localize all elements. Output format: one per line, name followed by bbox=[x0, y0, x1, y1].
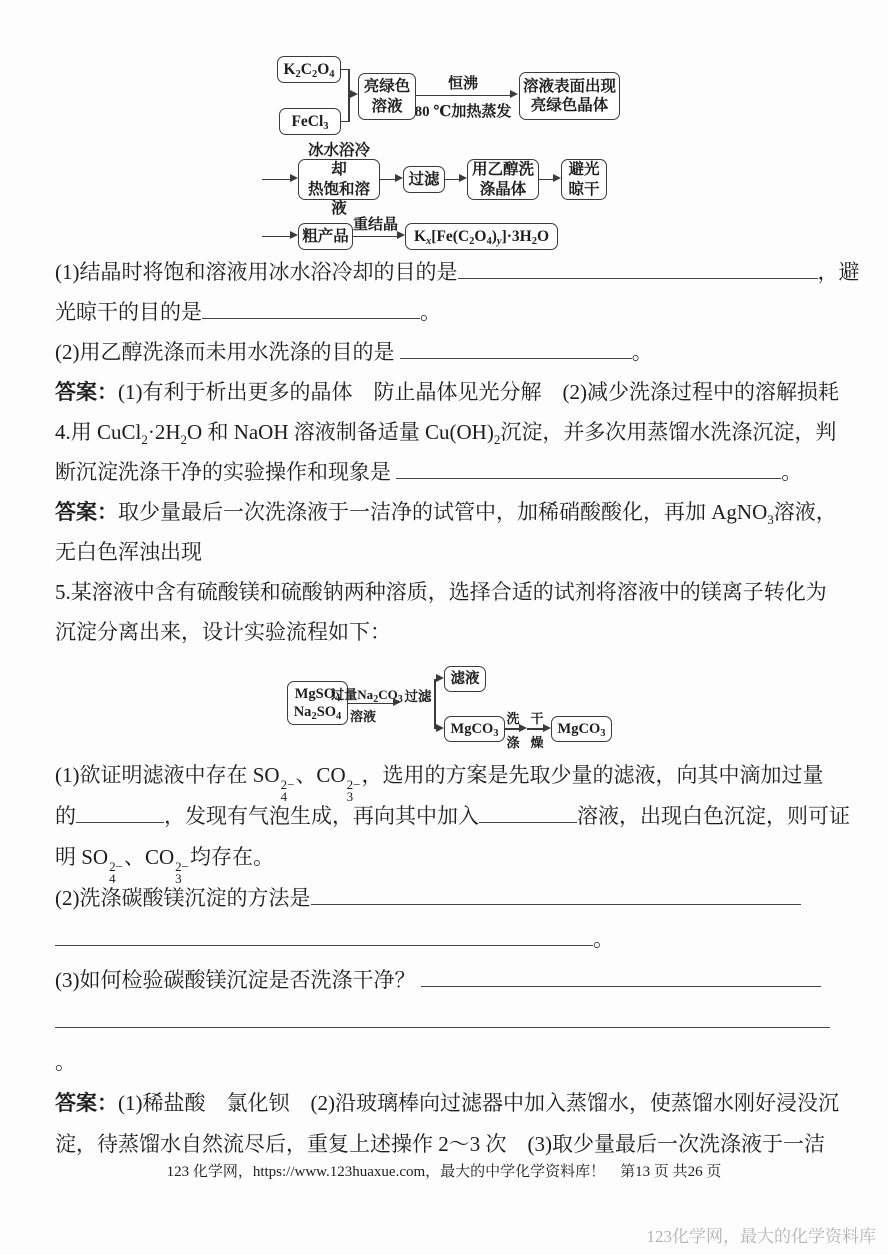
arrow-head bbox=[290, 231, 298, 239]
dark-dry-box: 避光 晾干 bbox=[561, 159, 607, 200]
question-2-line: (2)用乙醇洗涤而未用水洗涤的目的是 。 bbox=[55, 332, 855, 372]
mgco3-product-box: MgCO3 bbox=[551, 716, 612, 742]
answer-blank bbox=[400, 357, 632, 359]
connector-line bbox=[262, 236, 290, 238]
connector-line bbox=[341, 121, 348, 123]
filtrate-box: 滤液 bbox=[444, 666, 486, 692]
question-1-line: 光晾干的目的是。 bbox=[55, 292, 855, 332]
na2co3-reagent-label: 过量Na2CO3 bbox=[329, 684, 405, 703]
flowchart-separation: MgSO4Na2SO4 过量Na2CO3 溶液 过滤 滤液 MgCO3 洗 涤 … bbox=[285, 658, 620, 746]
answer-blank bbox=[55, 1026, 830, 1028]
wash-label-bottom: 涤 bbox=[503, 732, 523, 751]
ethanol-wash-label: 用乙醇洗 涤晶体 bbox=[472, 160, 534, 199]
question-5-2-line: 。 bbox=[55, 919, 855, 960]
question-5-line: 5.某溶液中含有硫酸镁和硫酸钠两种溶质，选择合适的试剂将溶液中的镁离子转化为 bbox=[55, 572, 855, 612]
connector-line bbox=[262, 179, 290, 181]
arrow-head bbox=[397, 231, 405, 239]
surface-crystal-label: 溶液表面出现 亮绿色晶体 bbox=[523, 77, 616, 116]
connector-line bbox=[445, 179, 459, 181]
arrow-head bbox=[459, 174, 467, 182]
arrow-head bbox=[543, 724, 551, 732]
connector-line bbox=[341, 69, 348, 71]
question-block-top: (1)结晶时将饱和溶液用冰水浴冷却的目的是，避 光晾干的目的是。 (2)用乙醇洗… bbox=[55, 252, 855, 652]
connector-line bbox=[527, 728, 543, 730]
solution-label: 溶液 bbox=[343, 706, 383, 725]
question-5-line: 沉淀分离出来，设计实验流程如下： bbox=[55, 612, 855, 652]
crude-product-box: 粗产品 bbox=[298, 223, 353, 250]
filter-step-label: 过滤 bbox=[403, 685, 433, 705]
document-page: K2C2O4 FeCl3 亮绿色 溶液 恒沸 80 ℃加热蒸发 溶液表面出现 亮… bbox=[0, 0, 888, 1255]
mgco3-precipitate-box: MgCO3 bbox=[444, 716, 505, 742]
watermark: 123化学网，最大的化学资料库 bbox=[647, 1222, 877, 1247]
filtrate-label: 滤液 bbox=[451, 670, 480, 688]
question-5-3-line: (3)如何检验碳酸镁沉淀是否洗涤干净？ bbox=[55, 960, 855, 1001]
answer-blank bbox=[458, 277, 818, 279]
arrow-head bbox=[395, 174, 403, 182]
answer-blank bbox=[396, 477, 781, 479]
answer-line: 答案：取少量最后一次洗涤液于一洁净的试管中，加稀硝酸酸化，再加 AgNO3溶液， bbox=[55, 492, 855, 532]
question-5-1-line: 明 SO2−4、CO2−3均存在。 bbox=[55, 837, 855, 878]
answer-line: 答案：(1)稀盐酸 氯化钡 (2)沿玻璃棒向过滤器中加入蒸馏水，使蒸馏水刚好浸没… bbox=[55, 1083, 855, 1124]
answer-blank bbox=[421, 985, 821, 987]
arrow-head bbox=[350, 90, 358, 98]
mgco3-product-label: MgCO3 bbox=[558, 720, 606, 738]
k2c2o4-box: K2C2O4 bbox=[277, 56, 341, 83]
connector-line bbox=[416, 95, 510, 97]
answer-blank bbox=[202, 317, 420, 319]
ice-bath-box: 冰水浴冷却 热饱和溶液 bbox=[298, 159, 380, 200]
connector-line bbox=[434, 679, 436, 729]
ice-bath-label: 冰水浴冷却 热饱和溶液 bbox=[301, 141, 377, 219]
recrystallize-label: 重结晶 bbox=[353, 213, 397, 234]
mgco3-precipitate-label: MgCO3 bbox=[451, 720, 499, 738]
filter-box: 过滤 bbox=[403, 166, 445, 193]
boil-condition-label: 恒沸 bbox=[416, 72, 510, 93]
answer-blank bbox=[479, 821, 577, 823]
arrow-head bbox=[510, 90, 518, 98]
question-1-line: (1)结晶时将饱和溶液用冰水浴冷却的目的是，避 bbox=[55, 252, 855, 292]
crude-product-label: 粗产品 bbox=[302, 227, 349, 246]
final-product-formula: Kx[Fe(C2O4)y]·3H2O bbox=[414, 227, 549, 246]
question-5-2-line: (2)洗涤碳酸镁沉淀的方法是 bbox=[55, 878, 855, 919]
answer-blank bbox=[311, 903, 801, 905]
question-5-3-line: 。 bbox=[55, 1042, 855, 1083]
fecl3-label: FeCl3 bbox=[291, 112, 328, 131]
arrow-head bbox=[436, 724, 444, 732]
question-4-line: 断沉淀洗涤干净的实验操作和现象是 。 bbox=[55, 452, 855, 492]
answer-line: 淀，待蒸馏水自然流尽后，重复上述操作 2～3 次 (3)取少量最后一次洗涤液于一… bbox=[55, 1124, 855, 1165]
answer-line: 答案：(1)有利于析出更多的晶体 防止晶体见光分解 (2)减少洗涤过程中的溶解损… bbox=[55, 372, 855, 412]
arrow-head bbox=[290, 174, 298, 182]
final-product-box: Kx[Fe(C2O4)y]·3H2O bbox=[405, 223, 558, 250]
connector-line bbox=[380, 179, 395, 181]
connector-line bbox=[505, 728, 519, 730]
green-solution-label: 亮绿色 溶液 bbox=[364, 77, 411, 116]
question-5-3-line bbox=[55, 1001, 855, 1042]
flowchart-preparation: K2C2O4 FeCl3 亮绿色 溶液 恒沸 80 ℃加热蒸发 溶液表面出现 亮… bbox=[258, 48, 626, 264]
arrow-head bbox=[553, 174, 561, 182]
arrow-head bbox=[519, 724, 527, 732]
question-5-1-line: 的，发现有气泡生成，再向其中加入溶液，出现白色沉淀，则可证 bbox=[55, 796, 855, 837]
fecl3-box: FeCl3 bbox=[279, 108, 341, 135]
dry-label-bottom: 燥 bbox=[527, 732, 547, 751]
question-4-line: 4.用 CuCl2·2H2O 和 NaOH 溶液制备适量 Cu(OH)2沉淀，并… bbox=[55, 412, 855, 452]
filter-label: 过滤 bbox=[408, 170, 439, 189]
ethanol-wash-box: 用乙醇洗 涤晶体 bbox=[467, 159, 539, 200]
answer-blank bbox=[76, 821, 164, 823]
arrow-head bbox=[436, 674, 444, 682]
connector-line bbox=[539, 179, 553, 181]
question-block-bottom: (1)欲证明滤液中存在 SO2−4、CO2−3，选用的方案是先取少量的滤液，向其… bbox=[55, 755, 855, 1165]
answer-line: 无白色浑浊出现 bbox=[55, 532, 855, 572]
k2c2o4-label: K2C2O4 bbox=[283, 60, 334, 79]
surface-crystal-box: 溶液表面出现 亮绿色晶体 bbox=[519, 72, 620, 120]
page-footer: 123 化学网，https://www.123huaxue.com，最大的中学化… bbox=[0, 1160, 888, 1181]
dark-dry-label: 避光 晾干 bbox=[568, 160, 599, 199]
answer-blank bbox=[55, 944, 593, 946]
evaporate-condition-label: 80 ℃加热蒸发 bbox=[406, 100, 520, 121]
connector-line bbox=[353, 236, 397, 238]
question-5-1-line: (1)欲证明滤液中存在 SO2−4、CO2−3，选用的方案是先取少量的滤液，向其… bbox=[55, 755, 855, 796]
